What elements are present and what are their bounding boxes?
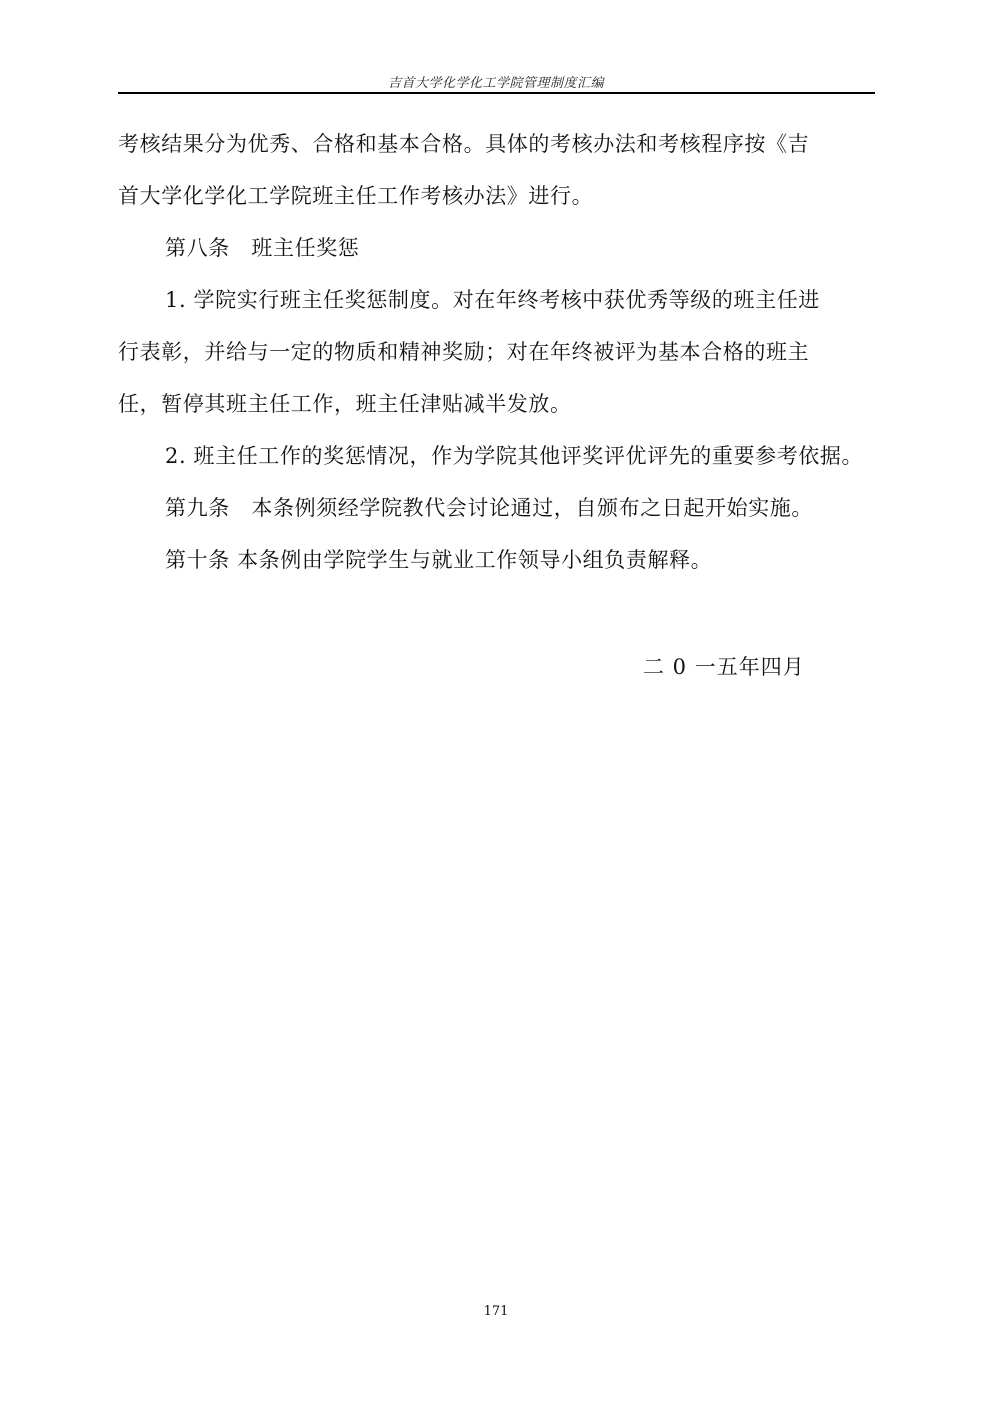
paragraph-line: 行表彰，并给与一定的物质和精神奖励；对在年终被评为基本合格的班主 bbox=[118, 339, 809, 365]
header-divider bbox=[118, 92, 875, 94]
article-paragraph: 第九条 本条例须经学院教代会讨论通过，自颁布之日起开始实施。 bbox=[165, 495, 813, 521]
paragraph-line: 2. 班主任工作的奖惩情况，作为学院其他评奖评优评先的重要参考依据。 bbox=[165, 443, 863, 469]
article-paragraph: 第十条 本条例由学院学生与就业工作领导小组负责解释。 bbox=[165, 547, 712, 573]
header-title: 吉首大学化学化工学院管理制度汇编 bbox=[0, 72, 992, 91]
paragraph-line: 考核结果分为优秀、合格和基本合格。具体的考核办法和考核程序按《吉 bbox=[118, 131, 809, 157]
paragraph-line: 首大学化学化工学院班主任工作考核办法》进行。 bbox=[118, 183, 593, 209]
page-number: 171 bbox=[0, 1304, 992, 1319]
article-heading: 第八条 班主任奖惩 bbox=[165, 235, 359, 261]
document-date: 二 0 一五年四月 bbox=[643, 651, 805, 681]
paragraph-line: 任，暂停其班主任工作，班主任津贴减半发放。 bbox=[118, 391, 572, 417]
paragraph-line: 1. 学院实行班主任奖惩制度。对在年终考核中获优秀等级的班主任进 bbox=[165, 287, 820, 313]
